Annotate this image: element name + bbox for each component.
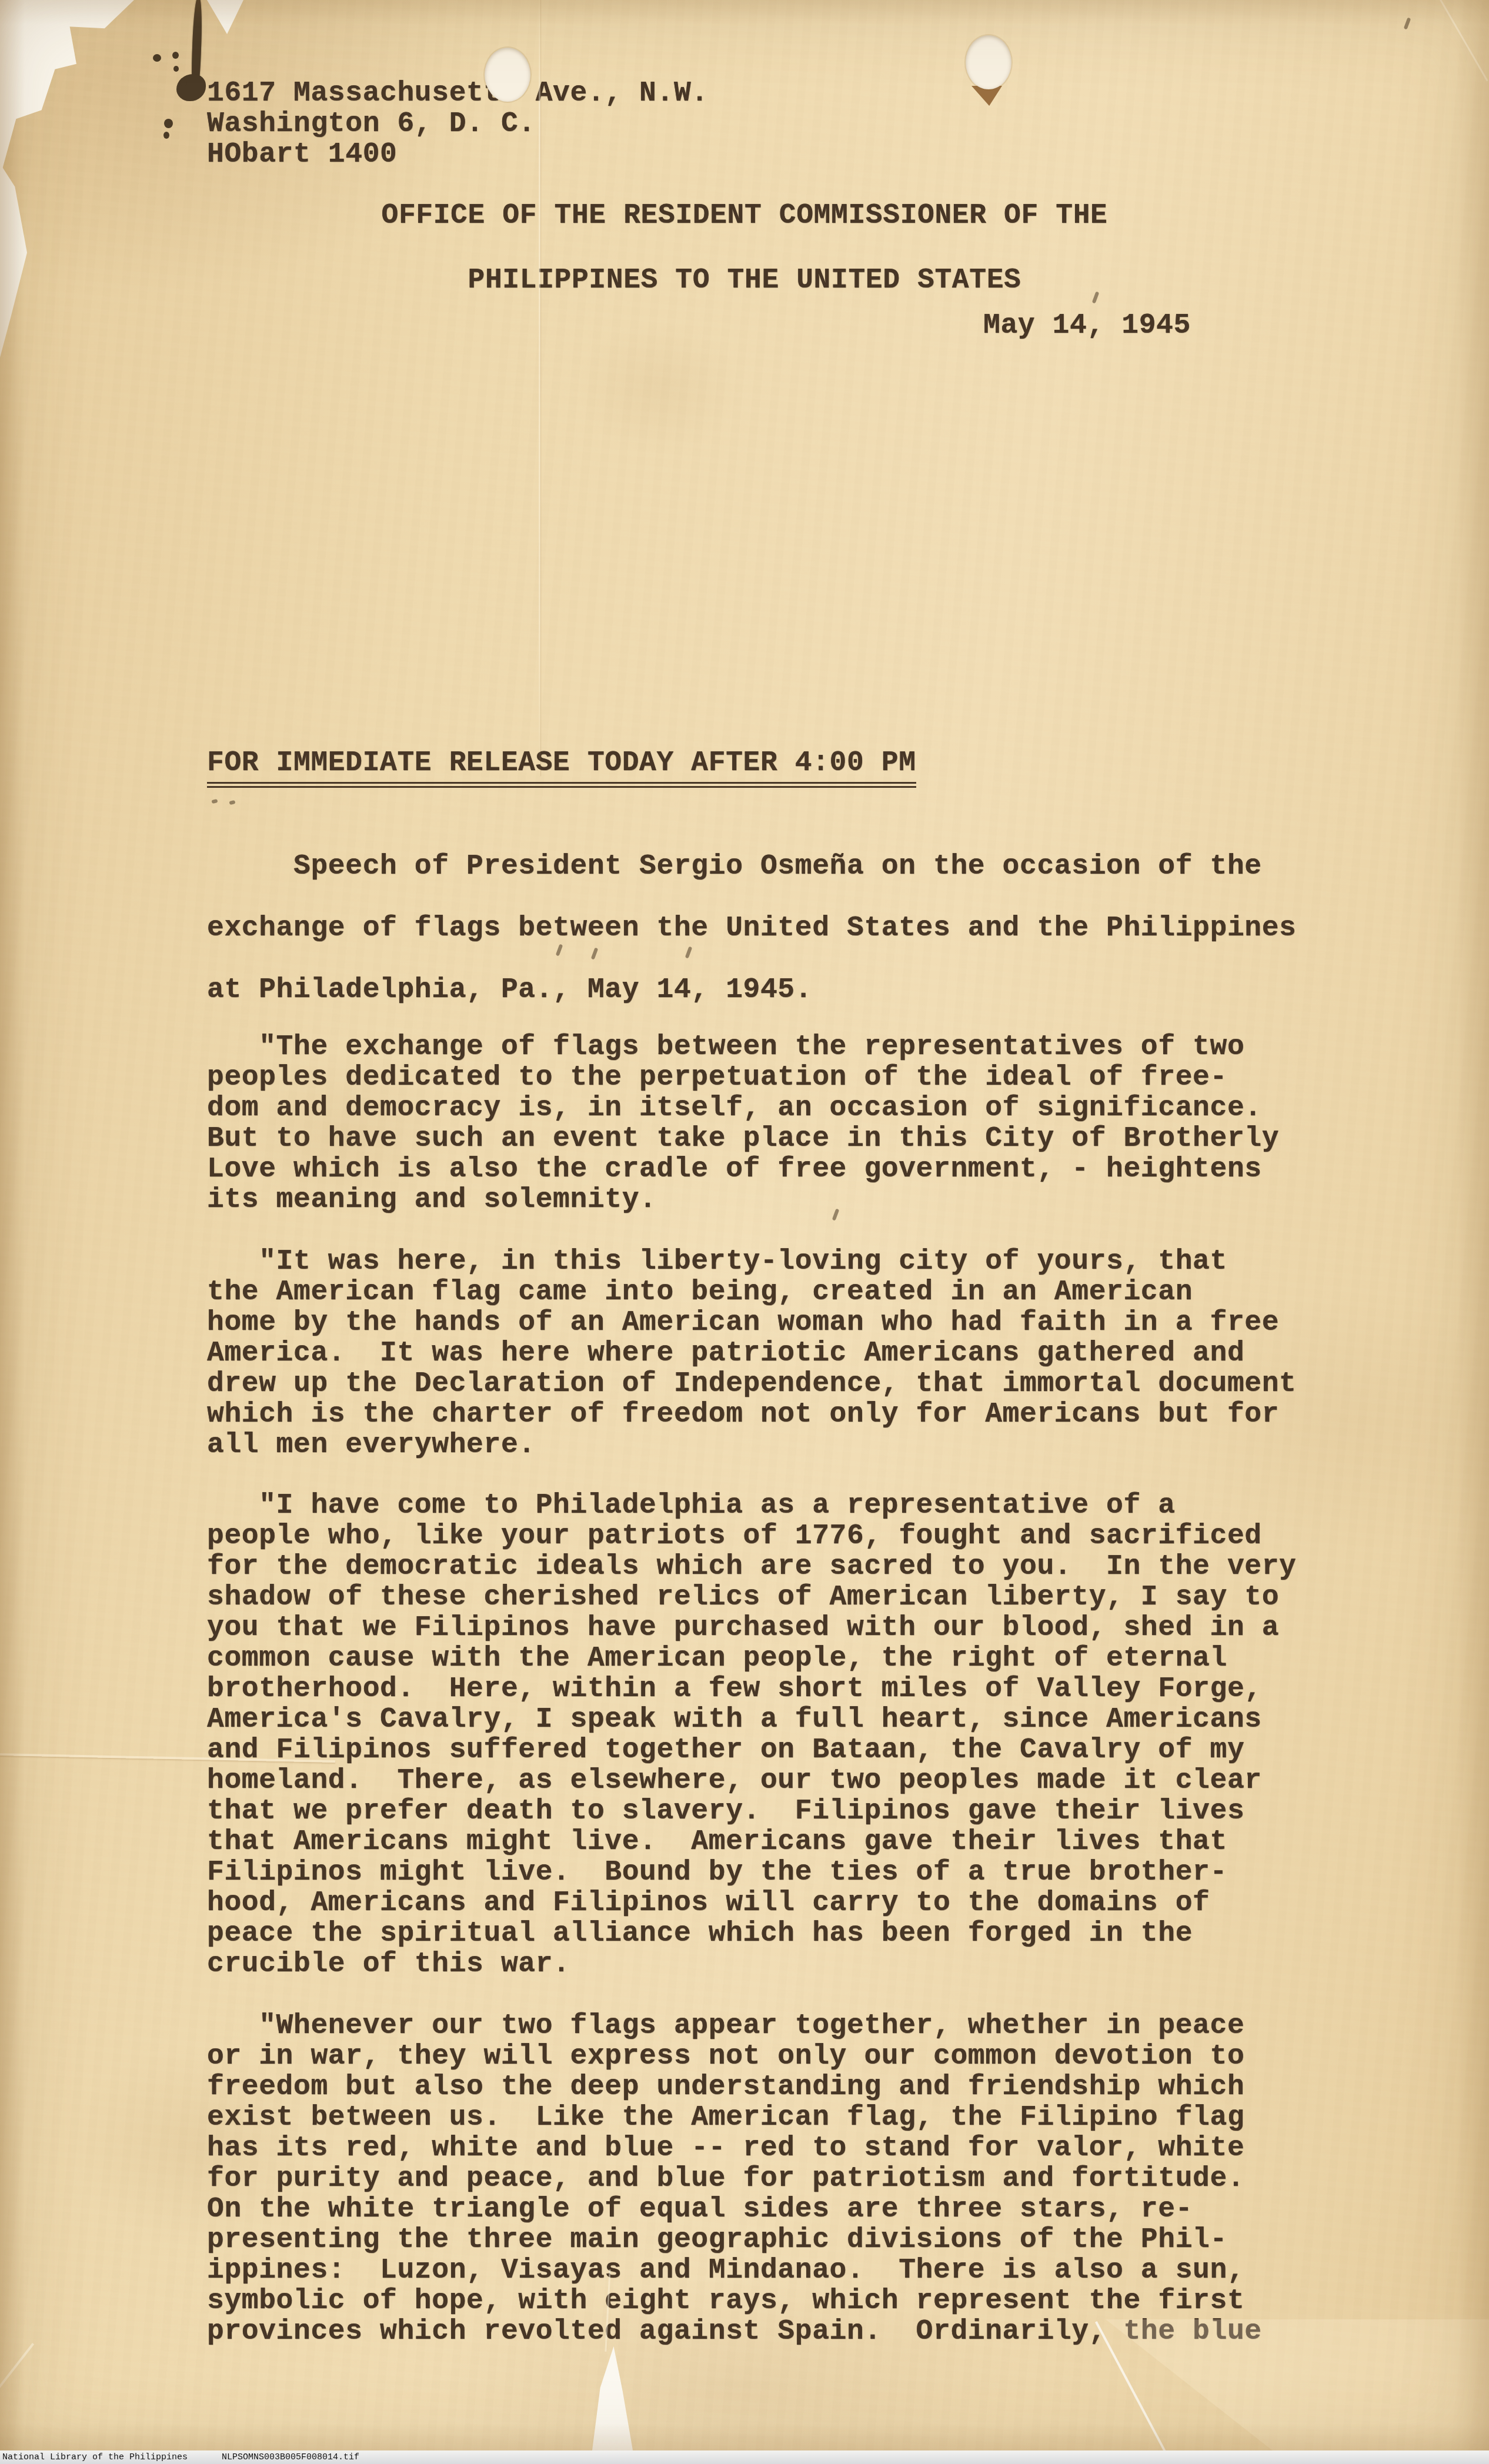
stray-ink-mark — [211, 799, 218, 804]
torn-corner-top-left — [0, 0, 134, 178]
bottom-right-shading — [1106, 2319, 1489, 2464]
office-heading-line1: OFFICE OF THE RESIDENT COMMISSIONER OF T… — [382, 200, 1108, 232]
top-edge-notch — [207, 0, 243, 34]
footer-filename: NLPSOMNS003B005F008014.tif — [222, 2452, 359, 2462]
ink-blot-blob — [176, 74, 206, 101]
letterhead-address-line2: Washington 6, D. C. — [207, 108, 536, 140]
office-heading: OFFICE OF THE RESIDENT COMMISSIONER OF T… — [0, 183, 1489, 313]
letterhead: 1617 Massachusetts Ave., N.W. Washington… — [207, 78, 709, 170]
bottom-edge-tear — [590, 2346, 635, 2464]
ink-blot-dot — [164, 119, 173, 128]
speech-intro: Speech of President Sergio Osmeña on the… — [207, 836, 1297, 1021]
stray-ink-mark — [229, 800, 235, 805]
ink-blot-dot — [163, 132, 169, 139]
ink-blot-dot — [172, 52, 179, 59]
ink-blot-dot — [180, 79, 187, 86]
stray-ink-mark — [1404, 18, 1411, 30]
scanned-document-page: 1617 Massachusetts Ave., N.W. Washington… — [0, 0, 1489, 2464]
vertical-crease — [539, 0, 540, 776]
scan-footer-bar: National Library of the Philippines NLPS… — [0, 2450, 1489, 2464]
footer-source: National Library of the Philippines — [2, 2452, 188, 2462]
ink-blot-dot — [173, 66, 179, 72]
letterhead-phone: HObart 1400 — [207, 139, 397, 170]
letterhead-address-line1: 1617 Massachusetts Ave., N.W. — [207, 78, 709, 109]
office-heading-line2: PHILIPPINES TO THE UNITED STATES — [468, 265, 1021, 296]
punch-hole-right — [966, 35, 1011, 89]
punch-hole-left — [485, 48, 530, 102]
speech-paragraph-3: "I have come to Philadelphia as a repres… — [207, 1490, 1297, 1980]
date-line: May 14, 1945 — [983, 310, 1191, 341]
bottom-left-crease — [0, 2343, 34, 2451]
speech-paragraph-2: "It was here, in this liberty-loving cit… — [207, 1246, 1297, 1460]
speech-paragraph-1: "The exchange of flags between the repre… — [207, 1032, 1279, 1215]
speech-paragraph-4: "Whenever our two flags appear together,… — [207, 2011, 1262, 2347]
release-notice: FOR IMMEDIATE RELEASE TODAY AFTER 4:00 P… — [207, 748, 916, 788]
release-notice-text: FOR IMMEDIATE RELEASE TODAY AFTER 4:00 P… — [207, 748, 916, 788]
ink-blot-dot — [153, 54, 161, 62]
top-right-crease — [1440, 0, 1488, 82]
